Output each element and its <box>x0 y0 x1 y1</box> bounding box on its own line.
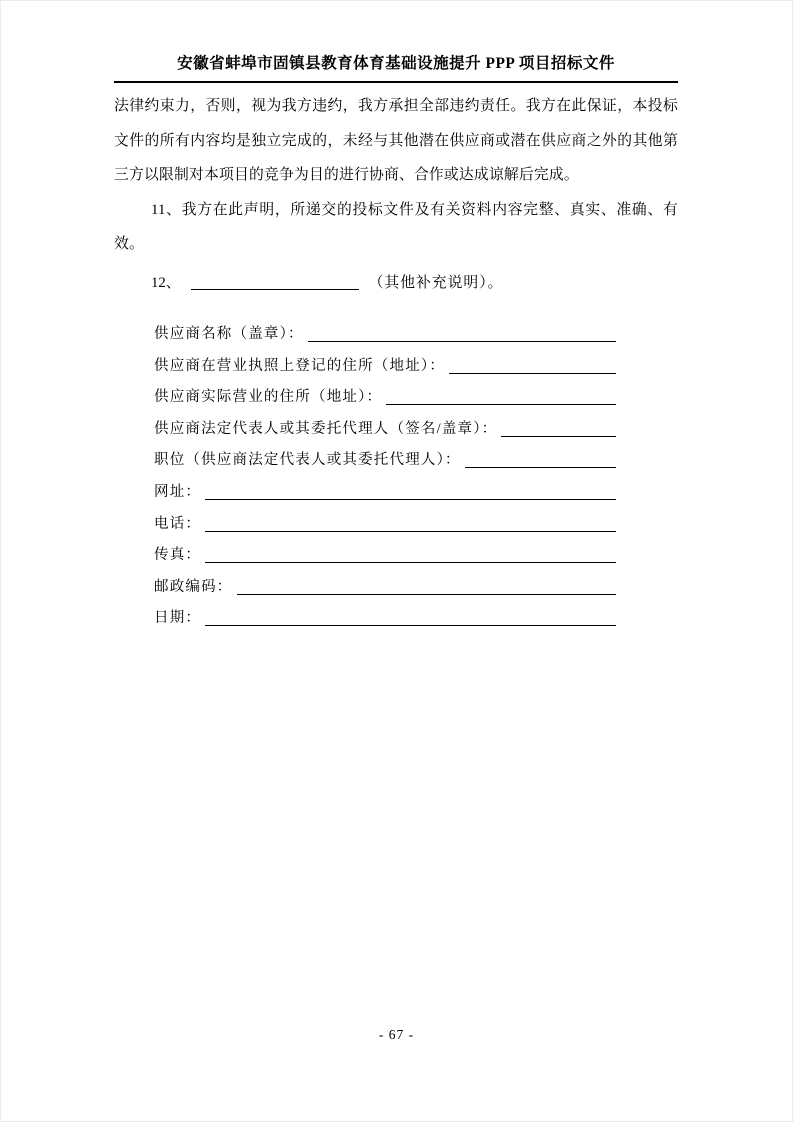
form-row-date: 日期： <box>154 599 616 631</box>
registered-address-label: 供应商在营业执照上登记的住所（地址）： <box>154 355 445 378</box>
form-row-supplier-name: 供应商名称（盖章）： <box>154 315 616 347</box>
form-row-actual-address: 供应商实际营业的住所（地址）： <box>154 378 616 410</box>
form-row-fax: 传真： <box>154 536 616 568</box>
document-page: 安徽省蚌埠市固镇县教育体育基础设施提升 PPP 项目招标文件 法律约束力，否则，… <box>0 0 793 1122</box>
supplier-name-label: 供应商名称（盖章）： <box>154 323 304 346</box>
page-header: 安徽省蚌埠市固镇县教育体育基础设施提升 PPP 项目招标文件 <box>114 53 678 83</box>
website-blank-line <box>205 481 616 500</box>
registered-address-blank-line <box>449 355 616 374</box>
document-body: 法律约束力，否则，视为我方违约，我方承担全部违约责任。我方在此保证，本投标文件的… <box>114 89 678 630</box>
page-footer: - 67 - <box>1 1027 792 1043</box>
paragraph-declaration-11: 11、我方在此声明，所递交的投标文件及有关资料内容完整、真实、准确、有效。 <box>114 193 678 262</box>
item-12-number: 12、 <box>151 272 181 294</box>
fax-blank-line <box>205 544 616 563</box>
date-blank-line <box>205 607 616 626</box>
position-label: 职位（供应商法定代表人或其委托代理人）： <box>154 449 461 472</box>
document-header-title: 安徽省蚌埠市固镇县教育体育基础设施提升 PPP 项目招标文件 <box>114 53 678 74</box>
date-label: 日期： <box>154 607 201 630</box>
form-row-postal-code: 邮政编码： <box>154 567 616 599</box>
form-row-position: 职位（供应商法定代表人或其委托代理人）： <box>154 441 616 473</box>
form-row-website: 网址： <box>154 472 616 504</box>
website-label: 网址： <box>154 481 201 504</box>
phone-label: 电话： <box>154 513 201 536</box>
form-row-representative-signature: 供应商法定代表人或其委托代理人（签名/盖章）： <box>154 409 616 441</box>
postal-code-label: 邮政编码： <box>154 576 233 599</box>
actual-address-blank-line <box>386 386 616 405</box>
item-12-line: 12、 （其他补充说明）。 <box>114 264 678 294</box>
form-row-registered-address: 供应商在营业执照上登记的住所（地址）： <box>154 346 616 378</box>
postal-code-blank-line <box>237 576 617 595</box>
form-row-phone: 电话： <box>154 504 616 536</box>
page-number: - 67 - <box>379 1027 414 1042</box>
representative-signature-label: 供应商法定代表人或其委托代理人（签名/盖章）： <box>154 418 497 441</box>
signature-form: 供应商名称（盖章）： 供应商在营业执照上登记的住所（地址）： 供应商实际营业的住… <box>114 315 678 631</box>
paragraph-legal-binding: 法律约束力，否则，视为我方违约，我方承担全部违约责任。我方在此保证，本投标文件的… <box>114 89 678 193</box>
phone-blank-line <box>205 513 616 532</box>
item-12-blank-line <box>191 271 359 290</box>
position-blank-line <box>465 449 616 468</box>
fax-label: 传真： <box>154 544 201 567</box>
representative-signature-blank-line <box>501 418 616 437</box>
supplier-name-blank-line <box>308 323 616 342</box>
actual-address-label: 供应商实际营业的住所（地址）： <box>154 386 382 409</box>
item-12-note: （其他补充说明）。 <box>369 272 504 294</box>
